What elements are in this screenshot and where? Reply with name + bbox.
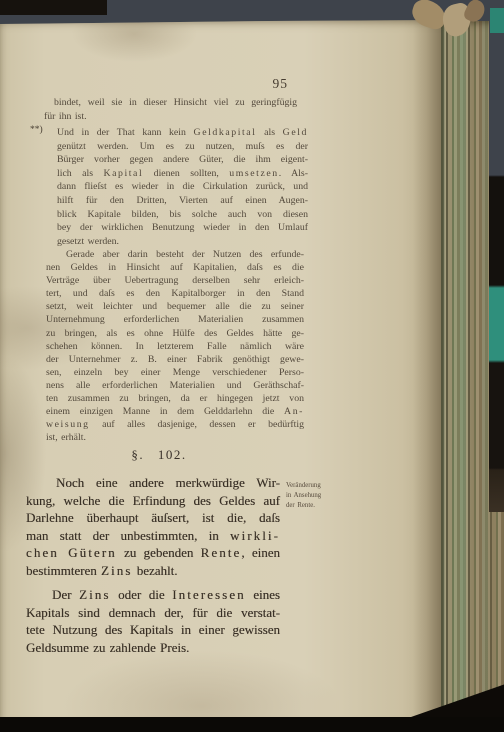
footnote-paragraph-2: Gerade aber darin besteht der Nutzen des… [46, 248, 304, 444]
body-paragraph-1: Noch eine andere merkwürdige Wir-kung, w… [26, 474, 280, 580]
page-number: 95 [246, 76, 288, 92]
margin-note: Veränderungin Ansehungder Rente. [286, 481, 342, 511]
background-right-column [489, 0, 504, 512]
footnote-paragraph-1: Und in der That kann kein Geldkapital al… [57, 126, 308, 248]
footnote-continuation: bindet, weil sie in dieser Hinsicht viel… [44, 96, 297, 123]
background-black-patch [0, 0, 107, 15]
background-teal-patch [490, 8, 504, 33]
body-paragraph-2: Der Zins oder die Interessen einesKapita… [26, 586, 280, 656]
book-page: 95 bindet, weil sie in dieser Hinsicht v… [0, 20, 447, 720]
book-photo: 95 bindet, weil sie in dieser Hinsicht v… [0, 0, 504, 732]
bottom-black-bar [0, 717, 504, 732]
footnote-marker: **) [30, 125, 43, 135]
section-heading: §. 102. [26, 447, 280, 463]
